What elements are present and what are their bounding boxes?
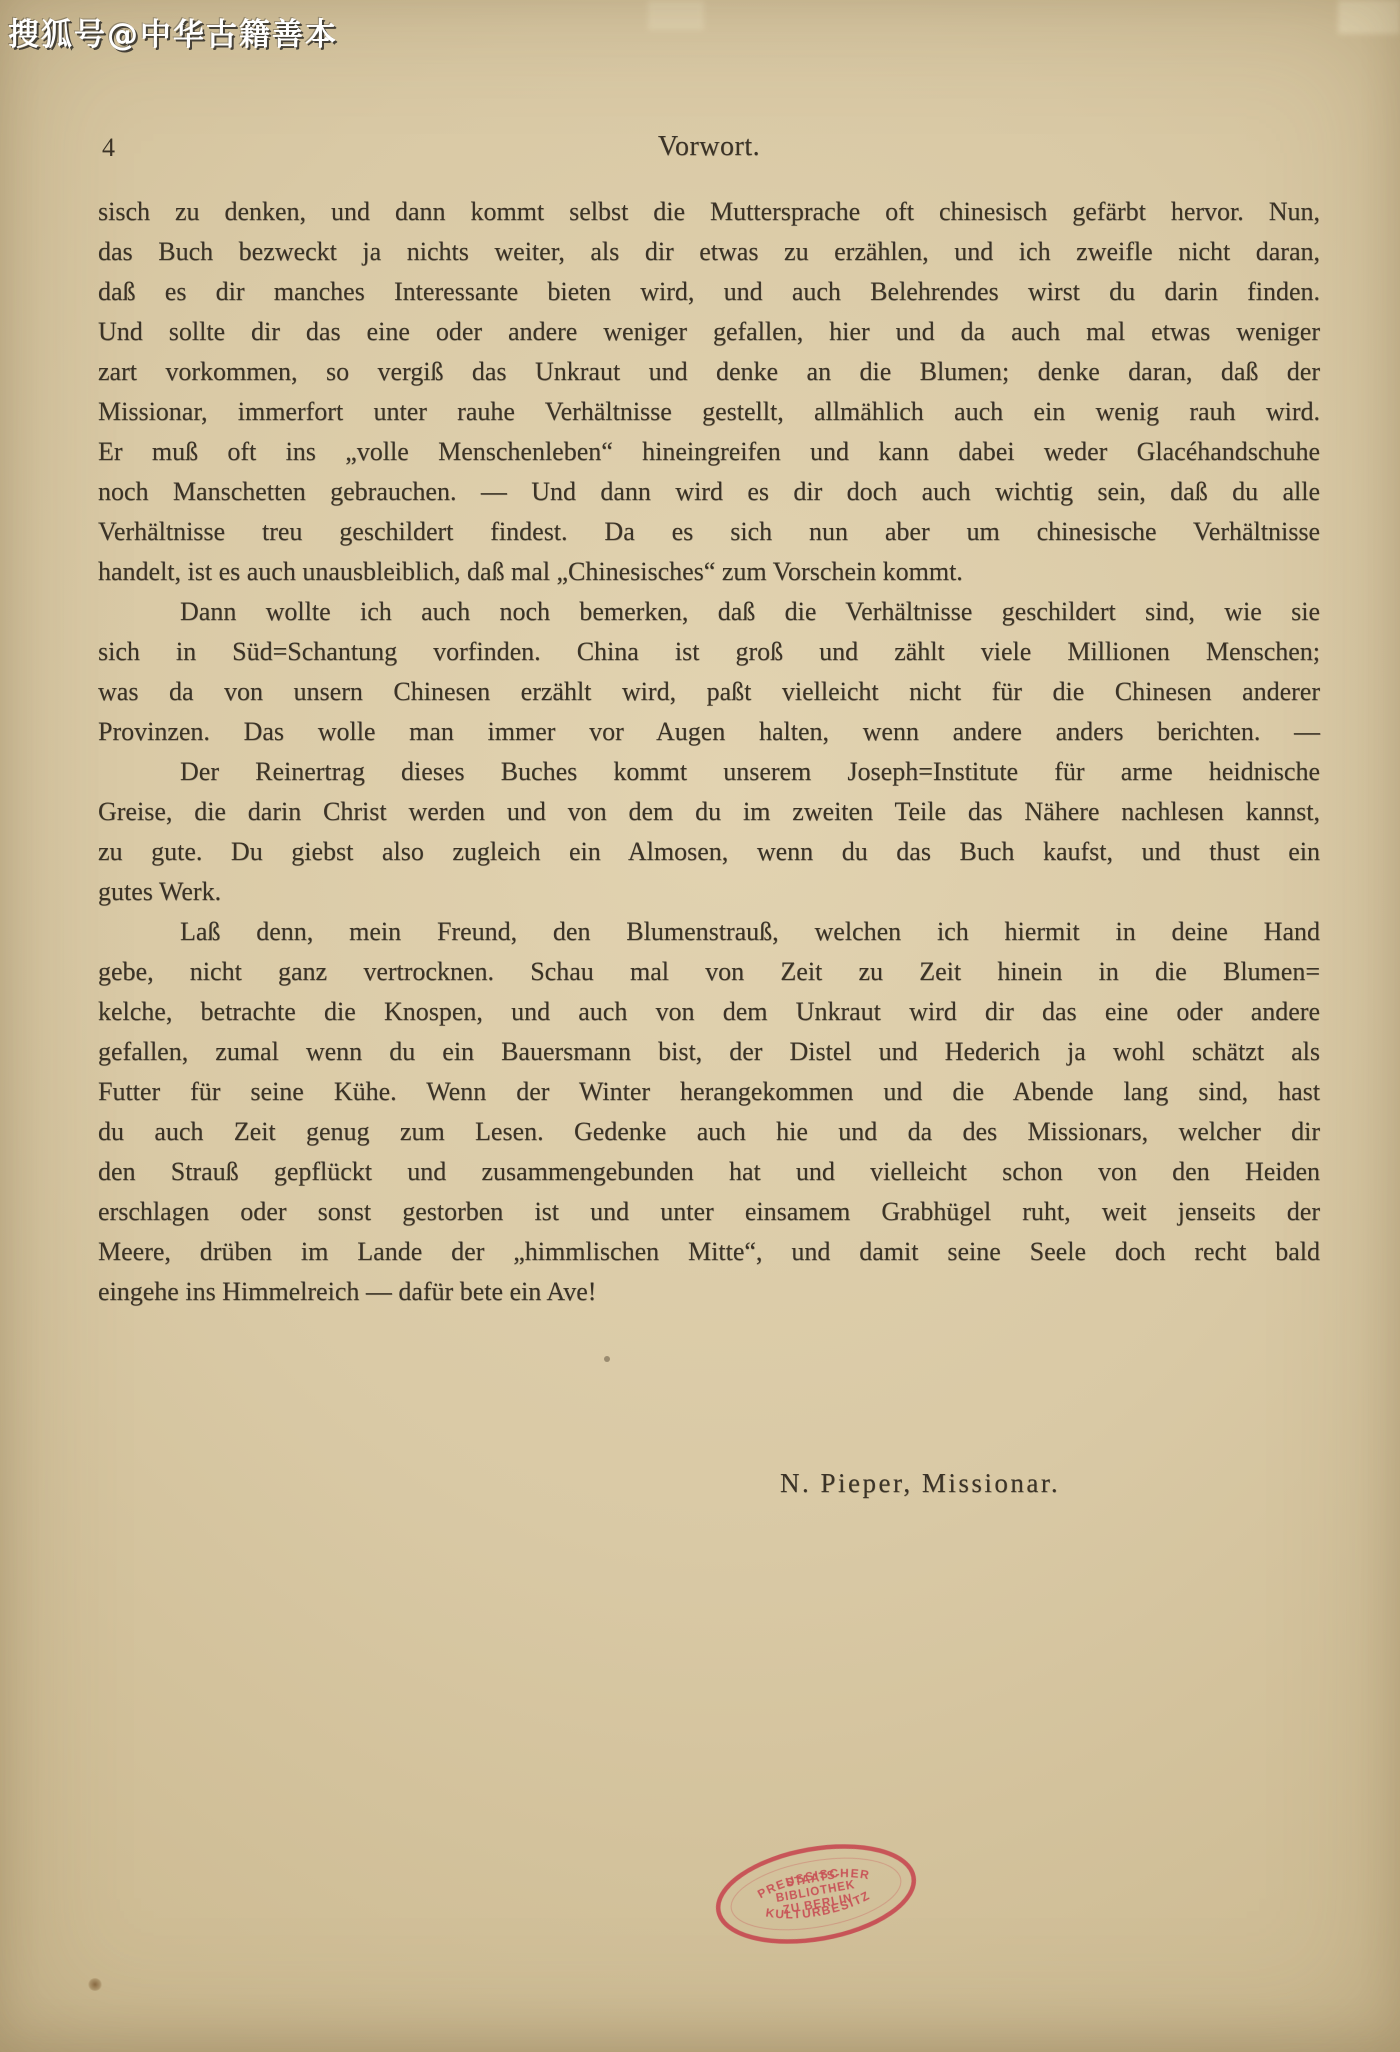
text-line: Und sollte dir das eine oder andere weni… <box>98 312 1320 352</box>
text-line: Meere, drüben im Lande der „himmlischen … <box>98 1232 1320 1272</box>
paragraph-3: Der Reinertrag dieses Buches kommt unser… <box>98 752 1320 912</box>
text-line: Er muß oft ins „volle Menschenleben“ hin… <box>98 432 1320 472</box>
text-line: daß es dir manches Interessante bieten w… <box>98 272 1320 312</box>
text-line: gebe, nicht ganz vertrocknen. Schau mal … <box>98 952 1320 992</box>
text-line: handelt, ist es auch unausbleiblich, daß… <box>98 552 1320 592</box>
text-line: den Strauß gepflückt und zusammengebunde… <box>98 1152 1320 1192</box>
body-text: sisch zu denken, und dann kommt selbst d… <box>98 192 1320 1312</box>
text-line: sich in Süd=Schantung vorfinden. China i… <box>98 632 1320 672</box>
library-stamp: PREUSSISCHER STAATS- BIBLIOTHEK ZU BERLI… <box>699 1824 934 1965</box>
text-line: zu gute. Du giebst also zugleich ein Alm… <box>98 832 1320 872</box>
scan-light-patch-corner <box>1338 0 1400 34</box>
text-line: Dann wollte ich auch noch bemerken, daß … <box>98 592 1320 632</box>
watermark-text: 搜狐号@中华古籍善本 <box>8 9 338 54</box>
text-line: kelche, betrachte die Knospen, und auch … <box>98 992 1320 1032</box>
text-line: eingehe ins Himmelreich — dafür bete ein… <box>98 1272 1320 1312</box>
text-line: Missionar, immerfort unter rauhe Verhält… <box>98 392 1320 432</box>
paper-stain-spot <box>88 1978 102 1991</box>
text-line: du auch Zeit genug zum Lesen. Gedenke au… <box>98 1112 1320 1152</box>
text-line: gefallen, zumal wenn du ein Bauersmann b… <box>98 1032 1320 1072</box>
text-line: sisch zu denken, und dann kommt selbst d… <box>98 192 1320 232</box>
text-line: Greise, die darin Christ werden und von … <box>98 792 1320 832</box>
author-signature: N. Pieper, Missionar. <box>780 1468 1060 1499</box>
text-line: Provinzen. Das wolle man immer vor Augen… <box>98 712 1320 752</box>
text-line: was da von unsern Chinesen erzählt wird,… <box>98 672 1320 712</box>
paragraph-1: sisch zu denken, und dann kommt selbst d… <box>98 192 1320 592</box>
text-line: zart vorkommen, so vergiß das Unkraut un… <box>98 352 1320 392</box>
text-line: Laß denn, mein Freund, den Blumenstrauß,… <box>98 912 1320 952</box>
text-line: das Buch bezweckt ja nichts weiter, als … <box>98 232 1320 272</box>
text-line: Verhältnisse treu geschildert findest. D… <box>98 512 1320 552</box>
paper-speck <box>604 1356 610 1362</box>
scan-light-patch-top <box>648 0 704 30</box>
paragraph-4: Laß denn, mein Freund, den Blumenstrauß,… <box>98 912 1320 1312</box>
text-line: Futter für seine Kühe. Wenn der Winter h… <box>98 1072 1320 1112</box>
text-line: Der Reinertrag dieses Buches kommt unser… <box>98 752 1320 792</box>
text-line: gutes Werk. <box>98 872 1320 912</box>
scanned-book-page: 搜狐号@中华古籍善本 4 Vorwort. sisch zu denken, u… <box>0 0 1400 2052</box>
text-line: noch Manschetten gebrauchen. — Und dann … <box>98 472 1320 512</box>
page-header-title: Vorwort. <box>98 131 1320 163</box>
text-line: erschlagen oder sonst gestorben ist und … <box>98 1192 1320 1232</box>
paragraph-2: Dann wollte ich auch noch bemerken, daß … <box>98 592 1320 752</box>
